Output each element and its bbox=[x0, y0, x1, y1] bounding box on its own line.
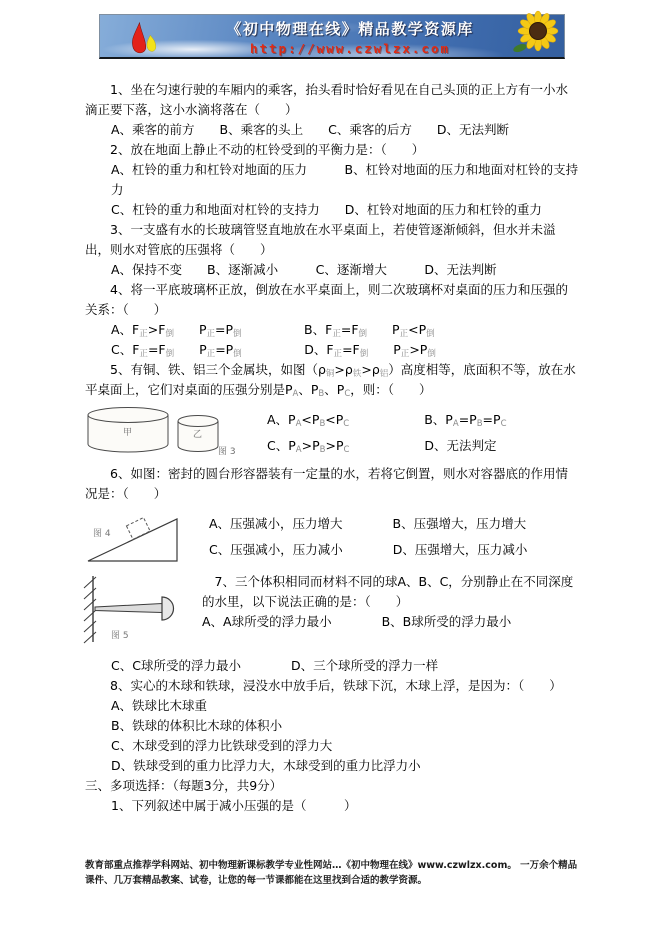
question-5-options-ab: A、PA<PB<PC B、PA=PB=PC bbox=[267, 410, 507, 430]
sunflower-icon bbox=[510, 9, 562, 57]
section-3-question-1: 1、下列叙述中属于减小压强的是（ ） bbox=[85, 796, 579, 816]
question-8-option-a: A、铁球比木球重 bbox=[85, 696, 579, 716]
site-title: 《初中物理在线》精品教学资源库 bbox=[200, 18, 500, 39]
site-logo-icon bbox=[126, 20, 162, 60]
site-banner: 《初中物理在线》精品教学资源库 http://www.czwlzx.com bbox=[99, 14, 565, 59]
banner-text-block: 《初中物理在线》精品教学资源库 http://www.czwlzx.com bbox=[200, 18, 500, 56]
exam-content: 1、坐在匀速行驶的车厢内的乘客，抬头看时恰好看见在自己头顶的正上方有一小水滴正要… bbox=[85, 80, 579, 816]
question-5-stem: 5、有铜、铁、铝三个金属块，如图（ρ铜>ρ铁>ρ铝）高度相等，底面积不等，放在水… bbox=[85, 360, 579, 400]
figure-5-caption: 图 5 bbox=[111, 630, 129, 641]
section-3-title: 三、多项选择：（每题3分，共9分） bbox=[85, 776, 579, 796]
question-6-options-ab: A、压强减小，压力增大 B、压强增大，压力增大 bbox=[209, 514, 527, 534]
question-1-options: A、乘客的前方 B、乘客的头上 C、乘客的后方 D、无法判断 bbox=[85, 120, 579, 140]
question-6-options-cd: C、压强减小，压力减小 D、压强增大，压力减小 bbox=[209, 540, 527, 560]
figure-3-left-label: 甲 bbox=[123, 427, 132, 438]
question-2-options-ab: A、杠铃的重力和杠铃对地面的压力 B、杠铃对地面的压力和地面对杠铃的支持力 bbox=[85, 160, 579, 200]
question-8-option-b: B、铁球的体积比木球的体积小 bbox=[85, 716, 579, 736]
question-4-stem: 4、将一平底玻璃杯正放，倒放在水平桌面上，则二次玻璃杯对桌面的压力和压强的关系：… bbox=[85, 280, 579, 320]
question-3-options: A、保持不变 B、逐渐减小 C、逐渐增大 D、无法判断 bbox=[85, 260, 579, 280]
question-4-options-cd: C、F正=F倒 P正=P倒 D、F正=F倒 P正>P倒 bbox=[85, 340, 579, 360]
question-8-option-c: C、木球受到的浮力比铁球受到的浮力大 bbox=[85, 736, 579, 756]
question-8-stem: 8、实心的木球和铁球，浸没水中放手后，铁球下沉，木球上浮，是因为：（ ） bbox=[85, 676, 579, 696]
question-3-stem: 3、一支盛有水的长玻璃管竖直地放在水平桌面上，若使管逐渐倾斜，但水并未溢出，则水… bbox=[85, 220, 579, 260]
page-footer-note: 教育部重点推荐学科网站、初中物理新课标教学专业性网站…《初中物理在线》www.c… bbox=[85, 858, 582, 888]
question-6-stem: 6、如图：密封的圆台形容器装有一定量的水，若将它倒置，则水对容器底的作用情况是：… bbox=[85, 464, 579, 504]
question-2-stem: 2、放在地面上静止不动的杠铃受到的平衡力是：（ ） bbox=[85, 140, 579, 160]
question-5-options-cd: C、PA>PB>PC D、无法判定 bbox=[267, 436, 507, 456]
site-url: http://www.czwlzx.com bbox=[200, 41, 500, 56]
figure-3-caption: 图 3 bbox=[218, 446, 236, 457]
exam-page: 《初中物理在线》精品教学资源库 http://www.czwlzx.com bbox=[0, 0, 661, 935]
question-1-stem: 1、坐在匀速行驶的车厢内的乘客，抬头看时恰好看见在自己头顶的正上方有一小水滴正要… bbox=[85, 80, 579, 120]
figure-4-incline: 图 4 bbox=[85, 508, 185, 572]
question-8-option-d: D、铁球受到的重力比浮力大，木球受到的重力比浮力小 bbox=[85, 756, 579, 776]
figure-5-wall-rod: 图 5 bbox=[75, 572, 190, 654]
figure-4-caption: 图 4 bbox=[93, 528, 111, 539]
figure-3-cylinders: 甲 乙 图 3 bbox=[85, 404, 243, 464]
question-2-options-cd: C、杠铃的重力和地面对杠铃的支持力 D、杠铃对地面的压力和杠铃的重力 bbox=[85, 200, 579, 220]
question-7-options-cd: C、C球所受的浮力最小 D、三个球所受的浮力一样 bbox=[85, 656, 579, 676]
figure-3-right-label: 乙 bbox=[193, 429, 202, 440]
question-4-options-ab: A、F正>F倒 P正=P倒 B、F正=F倒 P正<P倒 bbox=[85, 320, 579, 340]
